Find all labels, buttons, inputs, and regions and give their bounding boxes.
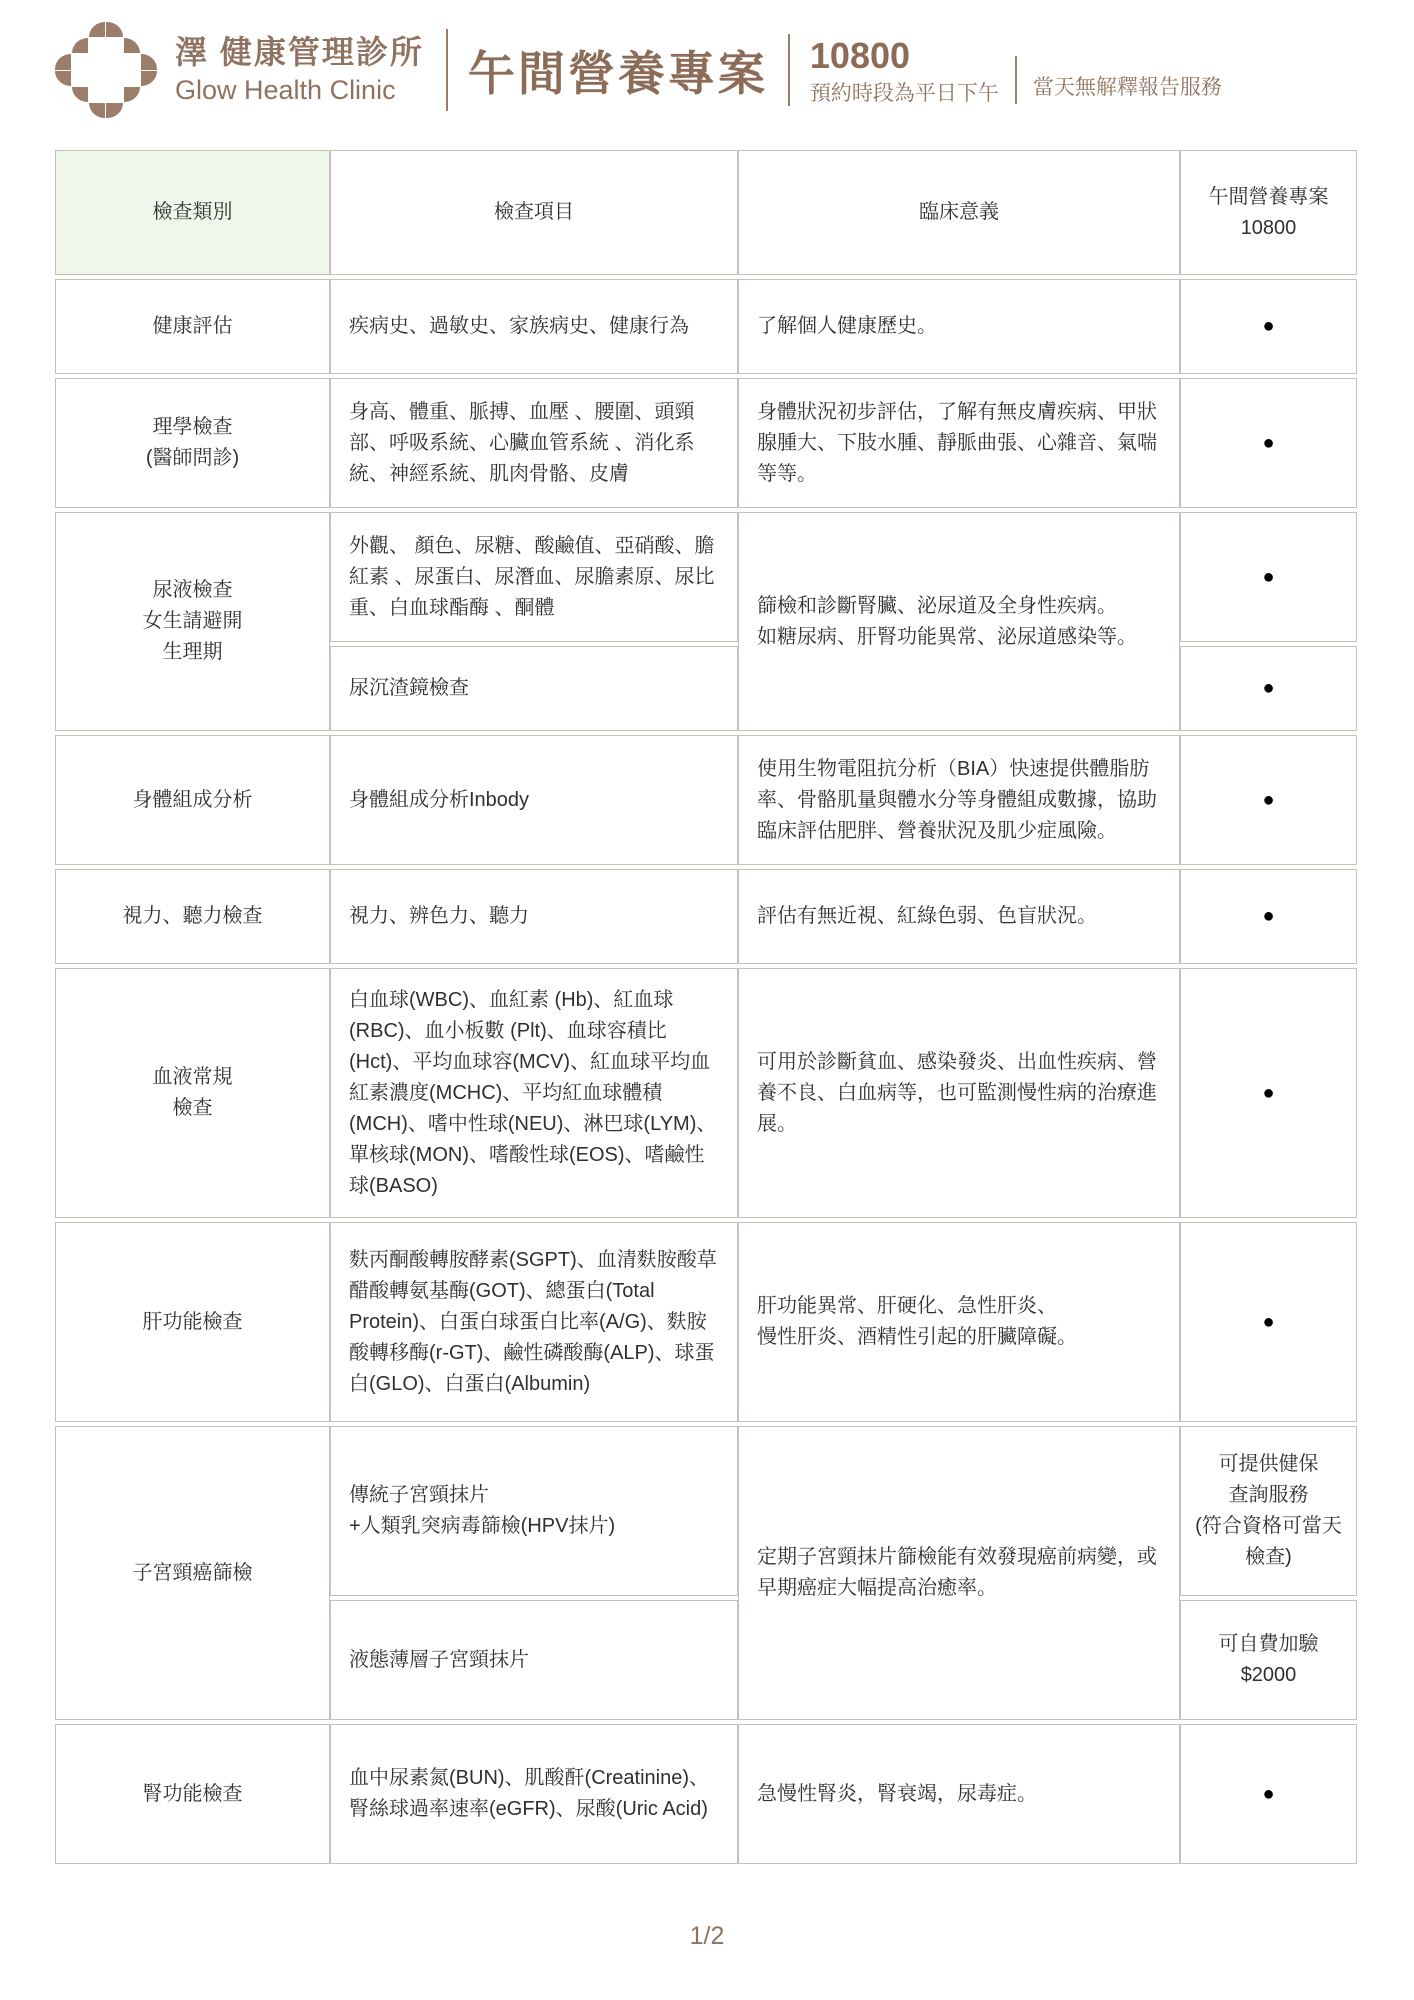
schedule-note: 預約時段為平日下午 [810,81,999,106]
logo-tile [124,87,140,102]
logo-tile [72,87,88,102]
item-cell: 身高、體重、脈搏、血壓 、腰圍、頭頸部、呼吸系統、心臟血管系統 、消化系統、神經… [330,378,738,508]
clinic-name-zh: 澤 健康管理診所 [175,34,424,71]
item-cell: 麩丙酮酸轉胺酵素(SGPT)、血清麩胺酸草醋酸轉氨基酶(GOT)、總蛋白(Tot… [330,1222,738,1422]
table-row: 健康評估 疾病史、過敏史、家族病史、健康行為 了解個人健康歷史。 ● [55,279,1357,374]
clinical-cell: 肝功能異常、肝硬化、急性肝炎、 慢性肝炎、酒精性引起的肝臟障礙。 [738,1222,1180,1422]
item-cell: 外觀、 顏色、尿糖、酸鹼值、亞硝酸、膽紅素 、尿蛋白、尿潛血、尿膽素原、尿比重、… [330,512,738,642]
logo-tile [141,71,157,86]
table-row: 子宮頸癌篩檢 傳統子宮頸抹片 +人類乳突病毒篩檢(HPV抹片) 定期子宮頸抹片篩… [55,1426,1357,1596]
clinical-cell: 了解個人健康歷史。 [738,279,1180,374]
checkup-table: 檢查類別 檢查項目 臨床意義 午間營養專案 10800 健康評估 疾病史、過敏史… [55,146,1357,1868]
clinical-cell: 身體狀況初步評估，了解有無皮膚疾病、甲狀腺腫大、下肢水腫、靜脈曲張、心雜音、氣喘… [738,378,1180,508]
col-header-clinical: 臨床意義 [738,150,1180,275]
logo-tile [72,38,88,53]
table-header-row: 檢查類別 檢查項目 臨床意義 午間營養專案 10800 [55,150,1357,275]
category-cell: 肝功能檢查 [55,1222,330,1422]
masthead: 澤 健康管理診所 Glow Health Clinic 午間營養專案 10800… [0,0,1414,110]
clinical-cell: 篩檢和診斷腎臟、泌尿道及全身性疾病。 如糖尿病、肝腎功能異常、泌尿道感染等。 [738,512,1180,731]
included-dot: ● [1180,869,1357,964]
report-note: 當天無解釋報告服務 [1033,71,1222,101]
included-dot: ● [1180,378,1357,508]
divider [446,29,448,111]
included-dot: ● [1180,512,1357,642]
item-cell: 視力、辨色力、聽力 [330,869,738,964]
category-cell: 身體組成分析 [55,735,330,865]
clinical-cell: 使用生物電阻抗分析（BIA）快速提供體脂肪率、骨骼肌量與體水分等身體組成數據，協… [738,735,1180,865]
category-cell: 尿液檢查 女生請避開 生理期 [55,512,330,731]
col-header-items: 檢查項目 [330,150,738,275]
clinical-cell: 急慢性腎炎，腎衰竭，尿毒症。 [738,1724,1180,1864]
logo-tile [124,38,140,53]
category-cell: 健康評估 [55,279,330,374]
clinical-cell: 評估有無近視、紅綠色弱、色盲狀況。 [738,869,1180,964]
page: 澤 健康管理診所 Glow Health Clinic 午間營養專案 10800… [0,0,1414,2000]
table-row: 身體組成分析 身體組成分析Inbody 使用生物電阻抗分析（BIA）快速提供體脂… [55,735,1357,865]
col-header-category: 檢查類別 [55,150,330,275]
category-cell: 腎功能檢查 [55,1724,330,1864]
logo-tile [106,22,122,37]
table-row: 尿液檢查 女生請避開 生理期 外觀、 顏色、尿糖、酸鹼值、亞硝酸、膽紅素 、尿蛋… [55,512,1357,642]
table-row: 肝功能檢查 麩丙酮酸轉胺酵素(SGPT)、血清麩胺酸草醋酸轉氨基酶(GOT)、總… [55,1222,1357,1422]
included-dot: ● [1180,968,1357,1218]
clinic-logo-icon [55,22,157,118]
included-dot: ● [1180,1222,1357,1422]
clinic-names: 澤 健康管理診所 Glow Health Clinic [175,34,424,106]
logo-tile [55,54,71,69]
logo-tile [89,103,105,118]
clinical-cell: 定期子宮頸抹片篩檢能有效發現癌前病變，或早期癌症大幅提高治癒率。 [738,1426,1180,1720]
divider [1015,56,1017,104]
logo-tile [55,71,71,86]
included-dot: ● [1180,279,1357,374]
item-cell: 身體組成分析Inbody [330,735,738,865]
item-cell: 液態薄層子宮頸抹片 [330,1600,738,1720]
item-cell: 傳統子宮頸抹片 +人類乳突病毒篩檢(HPV抹片) [330,1426,738,1596]
category-cell: 血液常規 檢查 [55,968,330,1218]
included-dot: ● [1180,735,1357,865]
price-block: 10800 預約時段為平日下午 [810,34,999,105]
table-row: 視力、聽力檢查 視力、辨色力、聽力 評估有無近視、紅綠色弱、色盲狀況。 ● [55,869,1357,964]
divider [788,34,790,106]
col-header-plan: 午間營養專案 10800 [1180,150,1357,275]
clinic-name-en: Glow Health Clinic [175,75,424,106]
item-cell: 白血球(WBC)、血紅素 (Hb)、紅血球(RBC)、血小板數 (Plt)、血球… [330,968,738,1218]
category-cell: 視力、聽力檢查 [55,869,330,964]
plan-note-cell: 可自費加驗 $2000 [1180,1600,1357,1720]
page-number: 1/2 [0,1922,1414,1951]
table-row: 腎功能檢查 血中尿素氮(BUN)、肌酸酐(Creatinine)、腎絲球過率速率… [55,1724,1357,1864]
included-dot: ● [1180,646,1357,731]
table-row: 理學檢查 (醫師問診) 身高、體重、脈搏、血壓 、腰圍、頭頸部、呼吸系統、心臟血… [55,378,1357,508]
clinical-cell: 可用於診斷貧血、感染發炎、出血性疾病、營養不良、白血病等，也可監測慢性病的治療進… [738,968,1180,1218]
category-cell: 子宮頸癌篩檢 [55,1426,330,1720]
logo-tile [89,22,105,37]
plan-note-cell: 可提供健保 查詢服務 (符合資格可當天 檢查) [1180,1426,1357,1596]
logo-tile [106,103,122,118]
table-row: 血液常規 檢查 白血球(WBC)、血紅素 (Hb)、紅血球(RBC)、血小板數 … [55,968,1357,1218]
item-cell: 疾病史、過敏史、家族病史、健康行為 [330,279,738,374]
logo-tile [141,54,157,69]
item-cell: 血中尿素氮(BUN)、肌酸酐(Creatinine)、腎絲球過率速率(eGFR)… [330,1724,738,1864]
item-cell: 尿沉渣鏡檢查 [330,646,738,731]
category-cell: 理學檢查 (醫師問診) [55,378,330,508]
plan-title: 午間營養專案 [468,37,768,104]
plan-price: 10800 [810,34,999,77]
included-dot: ● [1180,1724,1357,1864]
